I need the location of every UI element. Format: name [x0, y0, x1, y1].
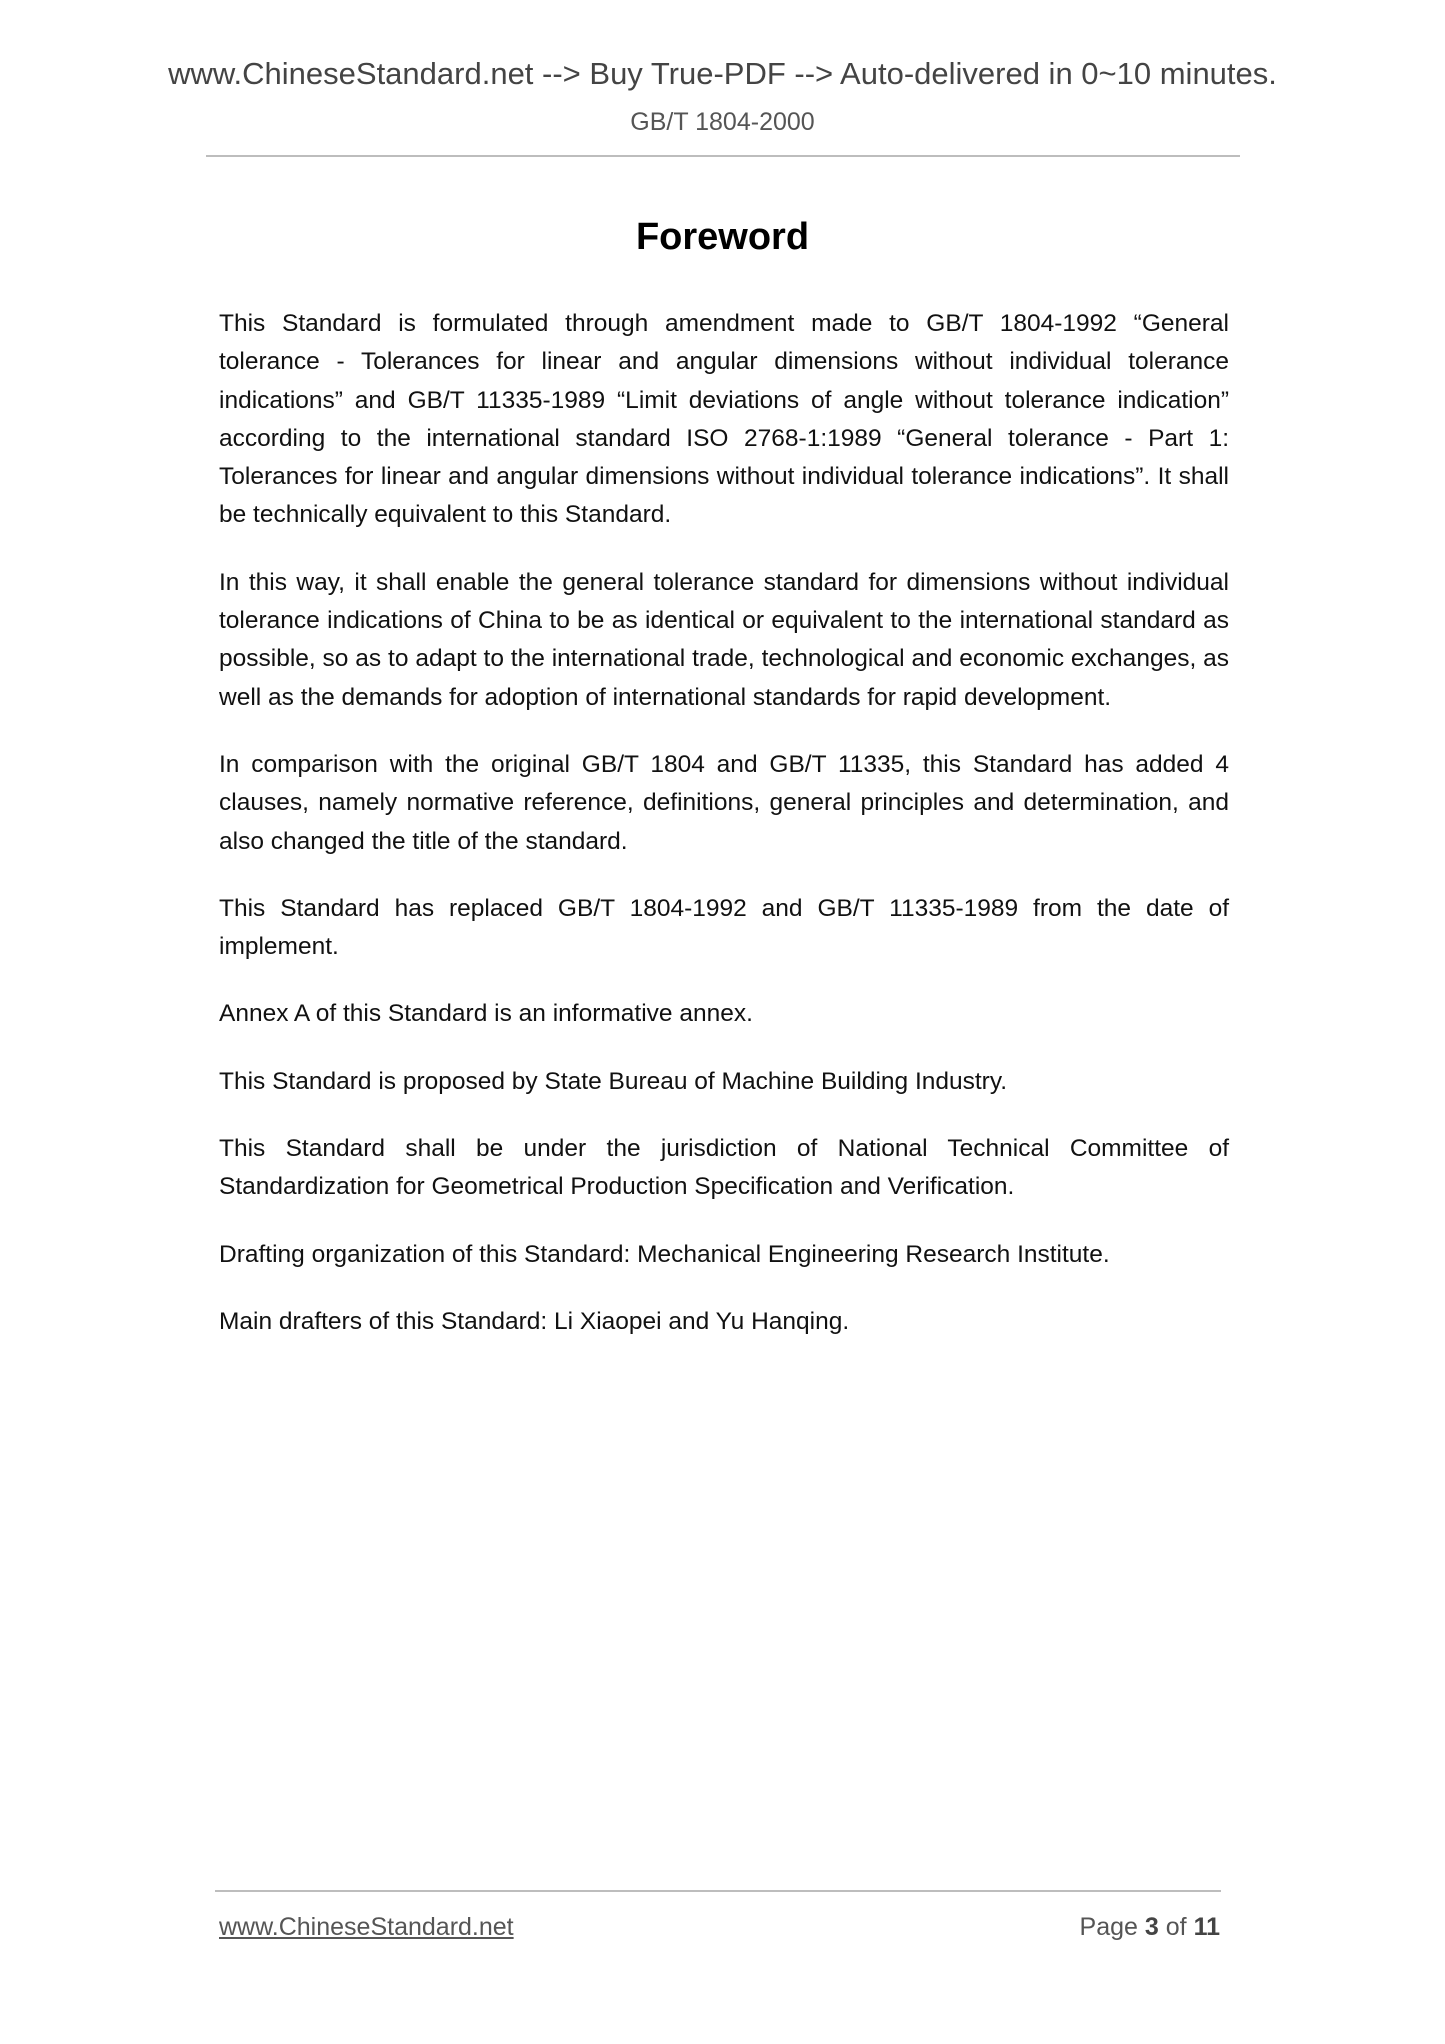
paragraph: This Standard is formulated through amen…	[219, 305, 1229, 535]
paragraph: In this way, it shall enable the general…	[219, 564, 1229, 717]
header-divider	[206, 155, 1240, 157]
standard-code: GB/T 1804-2000	[0, 108, 1445, 137]
paragraph: In comparison with the original GB/T 180…	[219, 746, 1229, 861]
paragraph: This Standard is proposed by State Burea…	[219, 1063, 1229, 1101]
paragraph: Drafting organization of this Standard: …	[219, 1236, 1229, 1274]
page-title: Foreword	[0, 216, 1445, 259]
page-number: Page 3 of 11	[1080, 1913, 1220, 1942]
page-current: 3	[1145, 1913, 1159, 1941]
footer-website-link[interactable]: www.ChineseStandard.net	[219, 1913, 514, 1942]
page-prefix: Page	[1080, 1913, 1138, 1941]
foreword-body: This Standard is formulated through amen…	[219, 305, 1229, 1370]
header-banner: www.ChineseStandard.net --> Buy True-PDF…	[0, 56, 1445, 92]
paragraph: Annex A of this Standard is an informati…	[219, 995, 1229, 1033]
paragraph: Main drafters of this Standard: Li Xiaop…	[219, 1303, 1229, 1341]
page-total: 11	[1194, 1913, 1220, 1941]
page-of: of	[1166, 1913, 1187, 1941]
paragraph: This Standard has replaced GB/T 1804-199…	[219, 890, 1229, 967]
paragraph: This Standard shall be under the jurisdi…	[219, 1130, 1229, 1207]
footer-divider	[215, 1890, 1221, 1892]
